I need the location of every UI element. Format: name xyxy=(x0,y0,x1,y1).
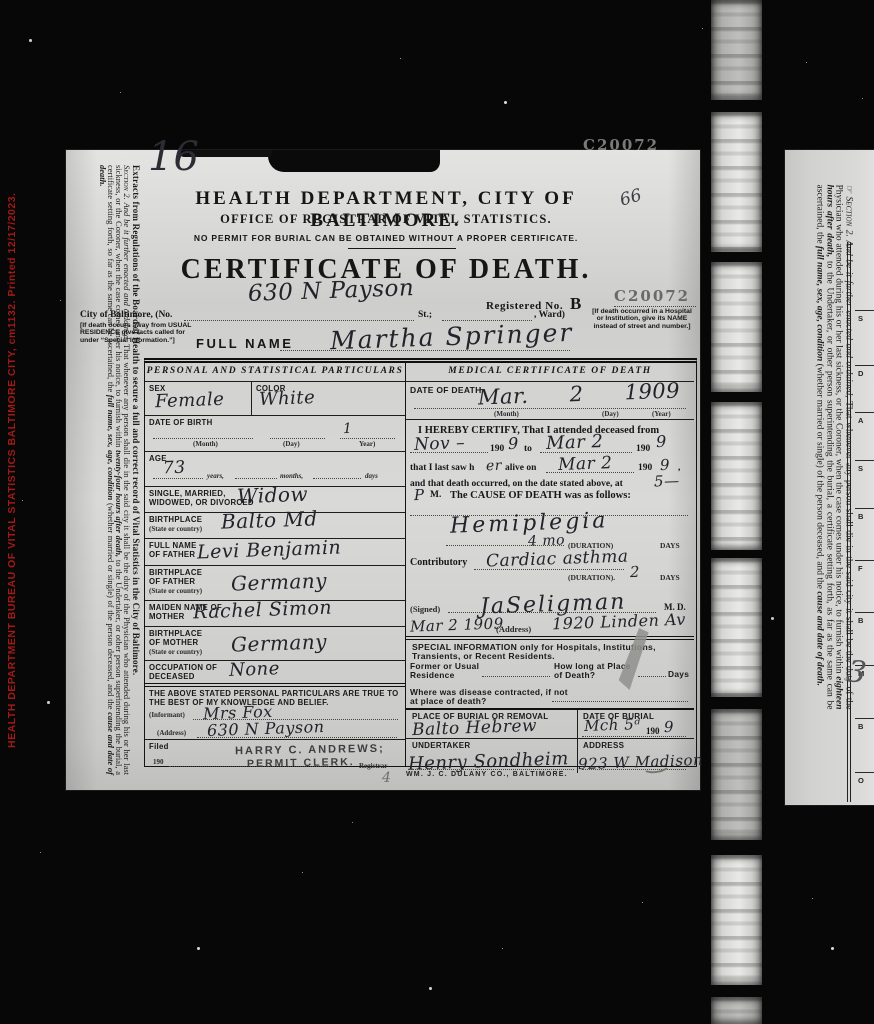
hospital-note: [If death occurred in a Hospital or Inst… xyxy=(588,308,696,330)
certificate-form: PERSONAL AND STATISTICAL PARTICULARS SEX… xyxy=(144,358,697,767)
registrar-label: Registrar xyxy=(359,762,387,770)
father-name-value: Levi Benjamin xyxy=(197,536,342,563)
adjacent-certificate-partial: ☞ Section 2. And be it further enacted a… xyxy=(785,150,874,805)
date-of-birth-row: DATE OF BIRTH (Month) (Day) Year) 1 xyxy=(145,415,405,451)
occupation-value: None xyxy=(229,658,281,681)
burial-date-value: Mch 5ᵈ xyxy=(584,715,641,735)
burial-place-value: Balto Hebrew xyxy=(412,716,538,740)
row-label-fragment: A xyxy=(858,416,863,425)
film-strip-block xyxy=(711,855,762,985)
date-of-death-label: DATE OF DEATH xyxy=(410,386,482,395)
days-label-2: DAYS xyxy=(660,573,680,582)
age-value: 73 xyxy=(163,458,186,479)
burial-row: PLACE OF BURIAL OR REMOVAL Balto Hebrew … xyxy=(406,708,694,738)
form-row-line xyxy=(855,718,874,719)
usual-residence-note: [If death occurs away from USUAL RESIDEN… xyxy=(80,322,198,344)
father-birthplace-value: Germany xyxy=(231,568,328,595)
former-residence-label: Former or Usual Residence xyxy=(410,662,482,679)
months-sublabel: months, xyxy=(280,472,303,480)
personal-section-title: PERSONAL AND STATISTICAL PARTICULARS xyxy=(145,366,405,376)
birthplace-label: BIRTHPLACE xyxy=(149,516,202,525)
row-label-fragment: F xyxy=(858,564,863,573)
margin-regulations-text-2: ☞ Section 2. And be it further enacted a… xyxy=(799,185,853,710)
street-label: St.; xyxy=(418,310,432,320)
row-label-fragment: D xyxy=(858,369,863,378)
form-row-line xyxy=(855,460,874,461)
attestation-row: THE ABOVE STATED PERSONAL PARTICULARS AR… xyxy=(145,683,405,739)
last-saw-prefix: that I last saw h xyxy=(410,463,474,473)
death-certificate: Extracts from Regulations of the Board o… xyxy=(66,150,700,790)
years-sublabel: years, xyxy=(207,472,224,480)
form-row-line xyxy=(855,560,874,561)
alive-on-label: alive on xyxy=(505,463,536,473)
dotted-line xyxy=(540,452,632,453)
full-name-label: FULL NAME xyxy=(196,336,293,351)
informant-address-label: (Address) xyxy=(157,729,186,737)
death-occurred-line: and that death occurred, on the date sta… xyxy=(410,479,623,489)
dotted-line xyxy=(614,306,696,307)
row-label-fragment: B xyxy=(858,616,863,625)
dotted-line xyxy=(582,736,686,737)
special-information-text: SPECIAL INFORMATION only for Hospitals, … xyxy=(412,643,688,662)
from-year-digit: 9 xyxy=(508,434,519,453)
street-address-handwritten: 630 N Payson xyxy=(248,275,415,307)
mother-birthplace-label: BIRTHPLACE OF MOTHER xyxy=(149,630,215,647)
dotted-line xyxy=(184,320,414,321)
dotted-line xyxy=(638,676,666,677)
dotted-line xyxy=(235,478,277,479)
days-label-3: Days xyxy=(668,670,689,679)
undertaker-label: UNDERTAKER xyxy=(412,742,470,751)
dotted-line xyxy=(546,472,634,473)
state-country-sublabel: (State or country) xyxy=(149,648,202,656)
film-strip-block xyxy=(711,112,762,252)
occupation-row: OCCUPATION OF DECEASED None xyxy=(145,660,405,683)
office-heading: OFFICE OF REGISTRAR OF VITAL STATISTICS. xyxy=(126,212,646,227)
days-label: DAYS xyxy=(660,541,680,550)
form-row-line xyxy=(855,508,874,509)
film-strip-block xyxy=(711,402,762,550)
film-strip-block xyxy=(711,558,762,697)
day-sublabel: (Day) xyxy=(602,410,619,418)
ink-blot xyxy=(268,150,440,172)
signature-date: Mar 2 1909 xyxy=(410,614,504,635)
printed-190: 190 xyxy=(490,444,504,454)
row-label-fragment: B xyxy=(858,722,863,731)
dotted-line xyxy=(482,676,550,677)
dob-handwritten: 1 xyxy=(343,421,353,437)
dotted-line xyxy=(408,769,574,770)
sex-value: Female xyxy=(155,389,225,412)
pencil-annotation-bottom: 4 xyxy=(382,770,391,786)
pronoun-handwritten: er xyxy=(486,458,503,475)
cause-of-death-row: Hemiplegia 4 mo (DURATION) DAYS Contribu… xyxy=(406,501,694,596)
film-strip-block xyxy=(711,997,762,1024)
father-name-row: FULL NAME OF FATHER Levi Benjamin xyxy=(145,538,405,565)
registrar-stamp-line1: HARRY C. ANDREWS; xyxy=(235,743,385,758)
disease-contracted-label: Where was disease contracted, if not at … xyxy=(410,688,570,705)
film-strip-block xyxy=(711,0,762,100)
age-row: AGE 73 years, months, days xyxy=(145,451,405,486)
cell-divider xyxy=(251,382,252,416)
form-row-line xyxy=(855,310,874,311)
dotted-line xyxy=(153,438,253,439)
dotted-line xyxy=(313,478,361,479)
former-residence-row: Former or Usual Residence How long at Pl… xyxy=(406,660,694,686)
attestation-text: THE ABOVE STATED PERSONAL PARTICULARS AR… xyxy=(149,690,401,707)
state-country-sublabel: (State or country) xyxy=(149,525,202,533)
dotted-line xyxy=(340,438,395,439)
cause-duration-value: 4 mo xyxy=(528,532,566,549)
filed-label: Filed xyxy=(149,743,169,752)
filed-year: 190 xyxy=(153,758,164,766)
film-strip-block xyxy=(711,262,762,392)
dotted-line xyxy=(270,438,325,439)
burial-year-digit: 9 xyxy=(664,718,675,736)
form-border-double-line xyxy=(847,242,851,802)
form-row-line xyxy=(855,772,874,773)
archival-red-caption: HEALTH DEPARTMENT BUREAU OF VITAL STATIS… xyxy=(6,188,22,748)
to-year-digit: 9 xyxy=(656,432,667,451)
form-row-line xyxy=(855,612,874,613)
marital-value: Widow xyxy=(237,482,309,508)
attended-to-handwritten: Mar 2 xyxy=(546,431,604,454)
father-birthplace-row: BIRTHPLACE OF FATHER (State or country) … xyxy=(145,565,405,600)
disease-contracted-row: Where was disease contracted, if not at … xyxy=(406,686,694,708)
row-label-fragment: B xyxy=(858,512,863,521)
undertaker-address-label: ADDRESS xyxy=(583,742,624,751)
dotted-line xyxy=(153,478,203,479)
form-row-line xyxy=(855,365,874,366)
contributory-label: Contributory xyxy=(410,557,467,568)
film-strip-block xyxy=(711,709,762,840)
cell-divider xyxy=(577,710,578,740)
microfilm-frame: HEALTH DEPARTMENT BUREAU OF VITAL STATIS… xyxy=(0,0,874,1024)
year-sublabel: Year) xyxy=(359,440,375,448)
dotted-line xyxy=(410,452,488,453)
permit-notice: NO PERMIT FOR BURIAL CAN BE OBTAINED WIT… xyxy=(126,233,646,243)
days-sublabel: days xyxy=(365,472,378,480)
duration-label-2: (DURATION). xyxy=(568,573,615,582)
medical-section-title: MEDICAL CERTIFICATE OF DEATH xyxy=(406,366,694,376)
dotted-line xyxy=(474,569,624,570)
occupation-label: OCCUPATION OF DECEASED xyxy=(149,664,229,681)
informant-label: (Informant) xyxy=(149,711,185,719)
printed-190: 190 xyxy=(636,444,650,454)
register-series: B xyxy=(570,294,582,313)
cause-of-death-lead: The CAUSE OF DEATH was as follows: xyxy=(450,490,631,501)
registrar-stamp-line2: PERMIT CLERK. xyxy=(247,756,355,770)
pencil-annotation-top-left: 16 xyxy=(148,134,199,180)
pencil-flourish: 3 xyxy=(845,654,869,691)
date-of-birth-label: DATE OF BIRTH xyxy=(149,419,213,428)
dotted-line xyxy=(552,701,688,702)
signed-label: (Signed) xyxy=(410,604,440,614)
divider-rule xyxy=(348,248,456,249)
city-line-prefix: City of Baltimore, (No. xyxy=(80,310,172,320)
film-dust-speckles xyxy=(0,0,1,1)
row-label-fragment: S xyxy=(858,464,863,473)
state-country-sublabel: (State or country) xyxy=(149,587,202,595)
printed-190: 190 xyxy=(638,463,652,473)
month-sublabel: (Month) xyxy=(193,440,218,448)
physician-address: 1920 Linden Av xyxy=(552,610,686,634)
contributory-duration-value: 2 xyxy=(630,563,641,581)
date-of-death-value: Mar. 2 1909 xyxy=(478,378,681,409)
signature-row: (Signed) JaSeligman M. D. Mar 2 1909 (Ad… xyxy=(406,596,694,636)
month-sublabel: (Month) xyxy=(494,410,519,418)
to-word: to xyxy=(524,444,532,454)
mother-birthplace-value: Germany xyxy=(231,629,328,656)
father-birthplace-label: BIRTHPLACE OF FATHER xyxy=(149,569,215,586)
form-row-line xyxy=(855,412,874,413)
day-sublabel: (Day) xyxy=(283,440,300,448)
filed-row: Filed 190 HARRY C. ANDREWS; PERMIT CLERK… xyxy=(145,739,405,772)
certification-row: I HEREBY CERTIFY, That I attended deceas… xyxy=(406,419,694,501)
meridiem-label: M. xyxy=(430,490,441,500)
printed-190: 190 xyxy=(646,726,660,736)
birthplace-row: BIRTHPLACE (State or country) Balto Md xyxy=(145,512,405,538)
color-value: White xyxy=(259,387,316,410)
row-label-fragment: S xyxy=(858,314,863,323)
registered-number-value: C20072 xyxy=(614,287,690,305)
medical-certificate-column: MEDICAL CERTIFICATE OF DEATH DATE OF DEA… xyxy=(406,363,694,766)
dotted-line xyxy=(582,769,686,770)
date-of-death-row: DATE OF DEATH Mar. 2 1909 (Month) (Day) … xyxy=(406,381,694,419)
address-label: (Address) xyxy=(496,624,531,634)
printer-credit: WM. J. C. DULANY CO., BALTIMORE. xyxy=(406,771,568,778)
mother-name-row: MAIDEN NAME OF MOTHER Rachel Simon xyxy=(145,600,405,626)
special-information-row: SPECIAL INFORMATION only for Hospitals, … xyxy=(406,636,694,660)
mother-name-value: Rachel Simon xyxy=(193,597,333,624)
contributory-value: Cardiac asthma xyxy=(486,547,629,572)
year-sublabel: (Year) xyxy=(652,410,671,418)
row-label-fragment: O xyxy=(858,776,864,785)
film-edge-certificate-number: C20072 xyxy=(583,136,659,154)
birthplace-value: Balto Md xyxy=(221,506,319,533)
personal-particulars-column: PERSONAL AND STATISTICAL PARTICULARS SEX… xyxy=(145,363,406,766)
mother-birthplace-row: BIRTHPLACE OF MOTHER (State or country) … xyxy=(145,626,405,660)
dotted-line xyxy=(414,408,686,409)
sex-color-row: SEX COLOR Female White xyxy=(145,381,405,415)
death-hour-handwritten: 5— xyxy=(654,472,680,491)
